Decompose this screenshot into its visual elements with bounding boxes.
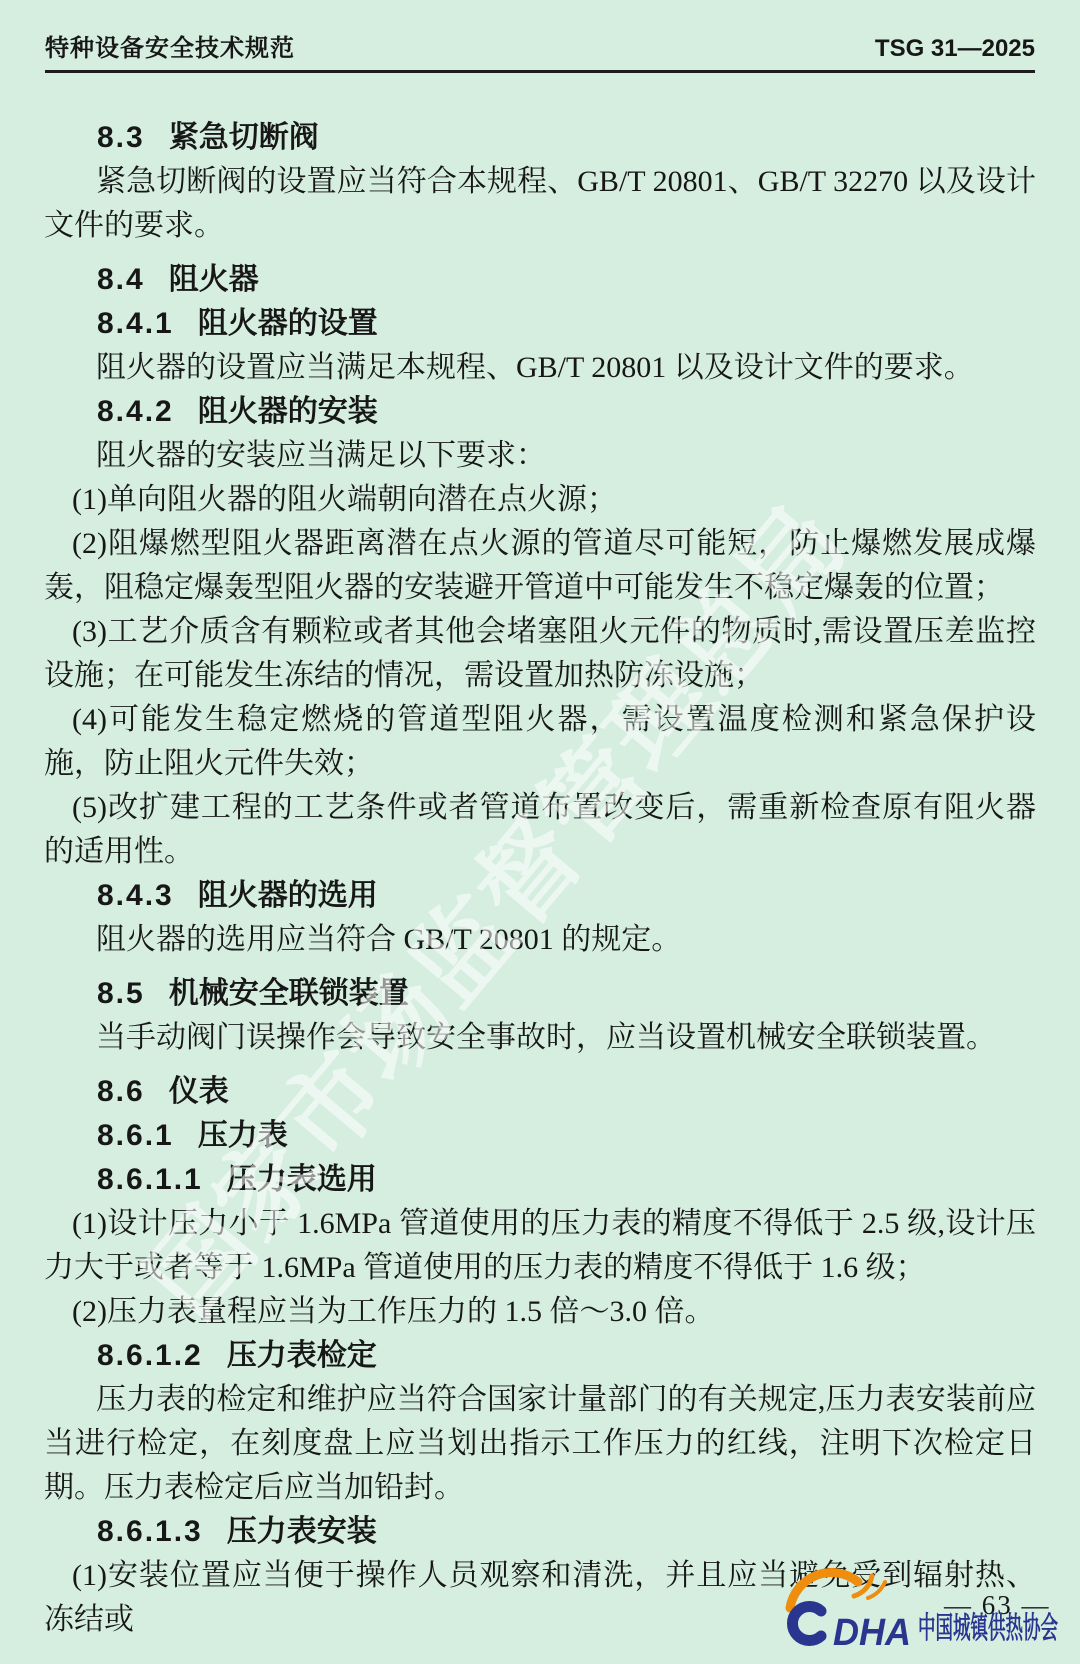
section-heading-8.3: 8.3紧急切断阀 xyxy=(97,116,1036,160)
section-heading-8.6.1.3: 8.6.1.3压力表安装 xyxy=(97,1510,1036,1554)
paragraph: 紧急切断阀的设置应当符合本规程、GB/T 20801、GB/T 32270 以及… xyxy=(44,160,1036,248)
section-heading-8.6: 8.6仪表 xyxy=(97,1070,1036,1114)
heading-title: 压力表 xyxy=(198,1119,288,1152)
document-body: 8.3紧急切断阀紧急切断阀的设置应当符合本规程、GB/T 20801、GB/T … xyxy=(44,106,1036,1642)
heading-number: 8.6.1.2 xyxy=(97,1339,203,1372)
heading-number: 8.5 xyxy=(97,977,145,1010)
logo-abbr: DHA xyxy=(833,1612,911,1650)
heading-number: 8.3 xyxy=(97,121,145,154)
heading-title: 紧急切断阀 xyxy=(169,121,319,154)
heading-number: 8.4.3 xyxy=(97,879,174,912)
section-heading-8.6.1.1: 8.6.1.1压力表选用 xyxy=(97,1158,1036,1202)
paragraph: 当手动阀门误操作会导致安全事故时，应当设置机械安全联锁装置。 xyxy=(44,1016,1036,1060)
section-heading-8.4.2: 8.4.2阻火器的安装 xyxy=(97,390,1036,434)
heading-title: 机械安全联锁装置 xyxy=(169,977,409,1010)
heading-title: 阻火器的设置 xyxy=(198,307,378,340)
section-heading-8.6.1: 8.6.1压力表 xyxy=(97,1114,1036,1158)
heading-number: 8.4.2 xyxy=(97,395,174,428)
heading-number: 8.6.1 xyxy=(97,1119,174,1152)
paragraph: 压力表的检定和维护应当符合国家计量部门的有关规定,压力表安装前应当进行检定，在刻… xyxy=(44,1378,1036,1510)
page-header: 特种设备安全技术规范 TSG 31—2025 xyxy=(45,28,1035,73)
section-heading-8.6.1.2: 8.6.1.2压力表检定 xyxy=(97,1334,1036,1378)
heading-number: 8.4.1 xyxy=(97,307,174,340)
paragraph: (1)设计压力小于 1.6MPa 管道使用的压力表的精度不得低于 2.5 级,设… xyxy=(44,1202,1036,1290)
paragraph: (3)工艺介质含有颗粒或者其他会堵塞阻火元件的物质时,需设置压差监控设施；在可能… xyxy=(44,610,1036,698)
heading-number: 8.6 xyxy=(97,1075,145,1108)
document-page: 特种设备安全技术规范 TSG 31—2025 8.3紧急切断阀紧急切断阀的设置应… xyxy=(0,0,1080,1664)
heading-number: 8.6.1.3 xyxy=(97,1515,203,1548)
heading-title: 压力表检定 xyxy=(227,1339,377,1372)
heading-title: 压力表选用 xyxy=(227,1163,377,1196)
paragraph: (2)阻爆燃型阻火器距离潜在点火源的管道尽可能短，防止爆燃发展成爆轰，阻稳定爆轰… xyxy=(44,522,1036,610)
section-heading-8.4.1: 8.4.1阻火器的设置 xyxy=(97,302,1036,346)
logo-flame-arc-icon xyxy=(790,1573,858,1608)
heading-number: 8.4 xyxy=(97,263,145,296)
paragraph: (5)改扩建工程的工艺条件或者管道布置改变后，需重新检查原有阻火器的适用性。 xyxy=(44,786,1036,874)
paragraph: 阻火器的设置应当满足本规程、GB/T 20801 以及设计文件的要求。 xyxy=(44,346,1036,390)
section-heading-8.4: 8.4阻火器 xyxy=(97,258,1036,302)
paragraph: 阻火器的安装应当满足以下要求： xyxy=(44,434,1036,478)
association-logo: DHA 中国城镇供热协会 xyxy=(782,1566,1060,1655)
paragraph: 阻火器的选用应当符合 GB/T 20801 的规定。 xyxy=(44,918,1036,962)
heading-title: 阻火器的选用 xyxy=(198,879,378,912)
association-logo-graphic: DHA 中国城镇供热协会 xyxy=(782,1566,1060,1650)
logo-org-name: 中国城镇供热协会 xyxy=(918,1611,1058,1645)
heading-title: 压力表安装 xyxy=(227,1515,377,1548)
logo-crescent-icon xyxy=(792,1607,821,1641)
paragraph: (4)可能发生稳定燃烧的管道型阻火器，需设置温度检测和紧急保护设施，防止阻火元件… xyxy=(44,698,1036,786)
section-heading-8.4.3: 8.4.3阻火器的选用 xyxy=(97,874,1036,918)
section-heading-8.5: 8.5机械安全联锁装置 xyxy=(97,972,1036,1016)
heading-title: 阻火器 xyxy=(169,263,259,296)
heading-title: 仪表 xyxy=(169,1075,229,1108)
heading-title: 阻火器的安装 xyxy=(198,395,378,428)
paragraph: (2)压力表量程应当为工作压力的 1.5 倍～3.0 倍。 xyxy=(44,1290,1036,1334)
paragraph: (1)单向阻火器的阻火端朝向潜在点火源； xyxy=(44,478,1036,522)
header-document-code: TSG 31—2025 xyxy=(875,35,1035,63)
header-regulation-title: 特种设备安全技术规范 xyxy=(45,28,295,63)
heading-number: 8.6.1.1 xyxy=(97,1163,203,1196)
